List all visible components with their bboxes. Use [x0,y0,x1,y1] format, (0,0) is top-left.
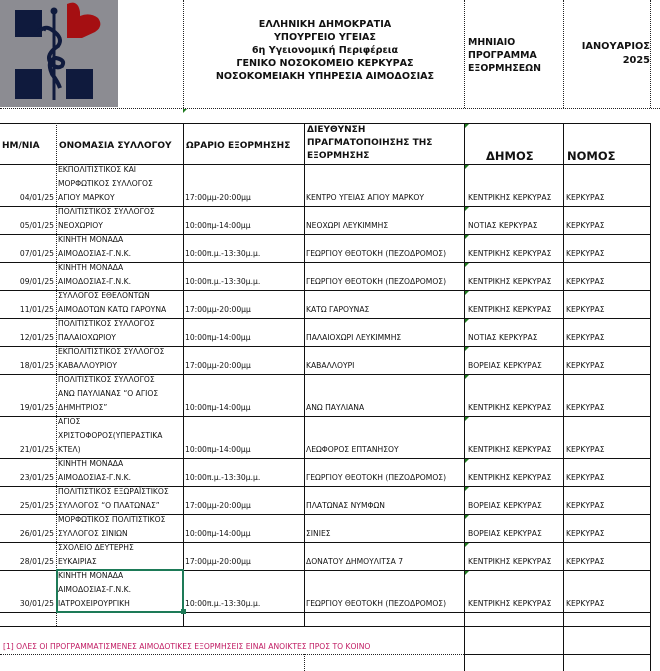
cell-municipality: ΝΟΤΙΑΣ ΚΕΡΚΥΡΑΣ [468,219,538,233]
cell-hours: 17:00μμ-20:00μμ [185,303,251,317]
grid-line [183,123,184,626]
cell-address: ΓΕΩΡΓΙΟΥ ΘΕΟΤΟΚΗ (ΠΕΖΟΔΡΟΜΟΣ) [306,597,446,611]
cell-hours: 10:00π.μ.-13:30μ.μ. [185,247,260,261]
cell-municipality: ΚΕΝΤΡΙΚΗΣ ΚΕΡΚΥΡΑΣ [468,275,551,289]
column-header-prefecture: ΝΟΜΟΣ [567,149,615,163]
cell-association: ΜΟΡΦΩΤΙΚΟΣ ΠΟΛΙΤΙΣΤΙΚΟΣ [58,513,165,527]
cell-hours: 10:00πμ-14:00μμ [185,443,251,457]
cell-association: ΠΟΛΙΤΙΣΤΙΚΟΣ ΣΥΛΛΟΓΟΣ [58,317,155,331]
cell-municipality: ΒΟΡΕΙΑΣ ΚΕΡΚΥΡΑΣ [468,499,542,513]
cell-address: ΠΑΛΑΙΟΧΩΡΙ ΛΕΥΚΙΜΜΗΣ [306,331,401,345]
grid-line [183,0,184,108]
cell-date: 28/01/25 [0,555,54,569]
cell-hours: 10:00πμ-14:00μμ [185,331,251,345]
column-header-date: ΗΜ/ΝΙΑ [2,140,40,153]
cell-municipality: ΚΕΝΤΡΙΚΗΣ ΚΕΡΚΥΡΑΣ [468,247,551,261]
cell-association: ΕΚΠΟΛΙΤΙΣΤΙΚΟΣ ΚΑΙ [58,163,136,177]
comment-marker-icon [465,571,469,575]
hospital-logo [0,0,118,107]
address-header-line: ΕΞΟΡΜΗΣΗΣ [307,150,432,163]
cell-hours: 10:00πμ-14:00μμ [185,527,251,541]
rod-of-asclepius-heart-icon [0,0,118,107]
cell-association: ΚΤΕΛ) [58,443,81,457]
cell-address: ΚΑΤΩ ΓΑΡΟΥΝΑΣ [306,303,369,317]
cell-address: ΑΝΩ ΠΑΥΛΙΑΝΑ [306,401,364,415]
cell-date: 11/01/25 [0,303,54,317]
cell-association: ΣΥΛΛΟΓΟΣ ΣΙΝΙΩΝ [58,527,128,541]
cell-prefecture: ΚΕΡΚΥΡΑΣ [566,303,605,317]
cell-hours: 17:00μμ-20:00μμ [185,555,251,569]
cell-date: 18/01/25 [0,359,54,373]
title-line-ministry: ΥΠΟΥΡΓΕΙΟ ΥΓΕΙΑΣ [185,31,465,44]
program-line: ΕΞΟΡΜΗΣΕΩΝ [468,62,564,75]
cell-address: ΓΕΩΡΓΙΟΥ ΘΕΟΤΟΚΗ (ΠΕΖΟΔΡΟΜΟΣ) [306,247,446,261]
month-year-label: ΙΑΝΟΥΑΡΙΟΣ 2025 [566,40,650,68]
cell-date: 05/01/25 [0,219,54,233]
cell-prefecture: ΚΕΡΚΥΡΑΣ [566,401,605,415]
cell-date: 23/01/25 [0,471,54,485]
cell-date: 21/01/25 [0,443,54,457]
comment-marker-icon [183,109,187,113]
address-header-line: ΔΙΕΥΘΥΝΣΗ [307,124,432,137]
cell-address: ΠΛΑΤΩΝΑΣ ΝΥΜΦΩΝ [306,499,385,513]
cell-hours: 10:00π.μ.-13:30μ.μ. [185,471,260,485]
cell-association: ΑΓΙΟΥ ΜΑΡΚΟΥ [58,191,115,205]
cell-date: 09/01/25 [0,275,54,289]
selected-cell-outline[interactable] [56,569,184,613]
column-header-municipality: ΔΗΜΟΣ [486,149,534,163]
cell-association: ΧΡΙΣΤΟΦΟΡΟΣ(ΥΠΕΡΑΣΤΙΚΑ [58,429,162,443]
cell-address: ΓΕΩΡΓΙΟΥ ΘΕΟΤΟΚΗ (ΠΕΖΟΔΡΟΜΟΣ) [306,275,446,289]
cell-association: ΑΓΙΟΣ [58,415,80,429]
grid-line [56,123,57,626]
cell-association: ΚΙΝΗΤΗ ΜΟΝΑΔΑ [58,261,123,275]
cell-date: 07/01/25 [0,247,54,261]
address-header-line: ΠΡΑΓΜΑΤΟΠΟΙΗΣΗΣ ΤΗΣ [307,137,432,150]
comment-marker-icon [465,347,469,351]
grid-line [304,123,305,626]
cell-association: ΔΗΜΗΤΡΙΟΣ” [58,401,107,415]
grid-line [650,626,651,671]
grid-line [0,416,650,417]
title-line-country: ΕΛΛΗΝΙΚΗ ΔΗΜΟΚΡΑΤΙΑ [185,18,465,31]
cell-municipality: ΚΕΝΤΡΙΚΗΣ ΚΕΡΚΥΡΑΣ [468,471,551,485]
comment-marker-icon [465,124,469,128]
cell-association: ΠΟΛΙΤΙΣΤΙΚΟΣ ΣΥΛΛΟΓΟΣ [58,205,155,219]
cell-association: ΑΙΜΟΔΟΣΙΑΣ-Γ.Ν.Κ. [58,471,131,485]
grid-line [563,123,564,626]
cell-association: ΣΧΟΛΕΙΟ ΔΕΥΤΕΡΗΣ [58,541,134,555]
cell-municipality: ΚΕΝΤΡΙΚΗΣ ΚΕΡΚΥΡΑΣ [468,303,551,317]
cell-hours: 17:00μμ-20:00μμ [185,499,251,513]
cell-municipality: ΚΕΝΤΡΙΚΗΣ ΚΕΡΚΥΡΑΣ [468,191,551,205]
cell-date: 30/01/25 [0,597,54,611]
cell-association: ΝΕΟΧΩΡΙΟΥ [58,219,103,233]
program-line: ΜΗΝΙΑΙΟ [468,36,564,49]
cell-association: ΠΟΛΙΤΙΣΤΙΚΟΣ ΕΞΩΡΑΪΣΤΙΚΟΣ [58,485,169,499]
cell-hours: 10:00πμ-14:00μμ [185,401,251,415]
comment-marker-icon [465,235,469,239]
cell-prefecture: ΚΕΡΚΥΡΑΣ [566,597,605,611]
footnote: [1] ΟΛΕΣ ΟΙ ΠΡΟΓΡΑΜΜΑΤΙΣΜΕΝΕΣ ΑΙΜΟΔΟΤΙΚΕ… [3,642,370,651]
comment-marker-icon [465,263,469,267]
cell-association: ΠΑΛΑΙΟΧΩΡΙΟΥ [58,331,116,345]
comment-marker-icon [465,417,469,421]
cell-prefecture: ΚΕΡΚΥΡΑΣ [566,247,605,261]
comment-marker-icon [465,543,469,547]
comment-marker-icon [465,207,469,211]
cell-association: ΕΥΚΑΙΡΙΑΣ [58,555,97,569]
cell-address: ΚΕΝΤΡΟ ΥΓΕΙΑΣ ΑΓΙΟΥ ΜΑΡΚΟΥ [306,191,424,205]
fill-handle[interactable] [181,609,186,614]
cell-prefecture: ΚΕΡΚΥΡΑΣ [566,555,605,569]
cell-address: ΓΕΩΡΓΙΟΥ ΘΕΟΤΟΚΗ (ΠΕΖΟΔΡΟΜΟΣ) [306,471,446,485]
cell-municipality: ΚΕΝΤΡΙΚΗΣ ΚΕΡΚΥΡΑΣ [468,597,551,611]
cell-association: ΣΥΛΛΟΓΟΣ “Ο ΠΛΑΤΩΝΑΣ” [58,499,160,513]
cell-address: ΚΑΒΑΛΛΟΥΡΙ [306,359,354,373]
comment-marker-icon [465,515,469,519]
cell-date: 25/01/25 [0,499,54,513]
cell-address: ΔΟΝΑΤΟΥ ΔΗΜΟΥΛΙΤΣΑ 7 [306,555,403,569]
comment-marker-icon [465,487,469,491]
cell-hours: 17:00μμ-20:00μμ [185,191,251,205]
comment-marker-icon [465,459,469,463]
cell-prefecture: ΚΕΡΚΥΡΑΣ [566,191,605,205]
cell-hours: 10:00π.μ.-13:30μ.μ. [185,275,260,289]
cell-date: 12/01/25 [0,331,54,345]
column-header-hours: ΩΡΑΡΙΟ ΕΞΟΡΜΗΣΗΣ [186,140,290,153]
cell-association: ΣΥΛΛΟΓΟΣ ΕΘΕΛΟΝΤΩΝ [58,289,150,303]
cell-municipality: ΚΕΝΤΡΙΚΗΣ ΚΕΡΚΥΡΑΣ [468,443,551,457]
cell-municipality: ΒΟΡΕΙΑΣ ΚΕΡΚΥΡΑΣ [468,359,542,373]
year-label: 2025 [566,54,650,68]
cell-municipality: ΝΟΤΙΑΣ ΚΕΡΚΥΡΑΣ [468,331,538,345]
cell-prefecture: ΚΕΡΚΥΡΑΣ [566,331,605,345]
column-header-address: ΔΙΕΥΘΥΝΣΗ ΠΡΑΓΜΑΤΟΠΟΙΗΣΗΣ ΤΗΣ ΕΞΟΡΜΗΣΗΣ [307,124,432,163]
grid-line [464,626,465,671]
cell-association: ΕΚΠΟΛΙΤΙΣΤΙΚΟΣ ΣΥΛΛΟΓΟΣ [58,345,164,359]
cell-address: ΛΕΩΦΟΡΟΣ ΕΠΤΑΝΗΣΟΥ [306,443,399,457]
grid-line [563,626,564,671]
comment-marker-icon [465,291,469,295]
grid-line [464,654,650,655]
cell-municipality: ΒΟΡΕΙΑΣ ΚΕΡΚΥΡΑΣ [468,527,542,541]
cell-association: ΑΝΩ ΠΑΥΛΙΑΝΑΣ “Ο ΑΓΙΟΣ [58,387,158,401]
cell-municipality: ΚΕΝΤΡΙΚΗΣ ΚΕΡΚΥΡΑΣ [468,555,551,569]
cell-association: ΚΙΝΗΤΗ ΜΟΝΑΔΑ [58,233,123,247]
comment-marker-icon [465,319,469,323]
month-label: ΙΑΝΟΥΑΡΙΟΣ [566,40,650,54]
cell-prefecture: ΚΕΡΚΥΡΑΣ [566,527,605,541]
cell-association: ΚΙΝΗΤΗ ΜΟΝΑΔΑ [58,457,123,471]
cell-date: 04/01/25 [0,191,54,205]
cell-date: 19/01/25 [0,401,54,415]
grid-line [304,654,305,671]
cell-address: ΣΙΝΙΕΣ [306,527,331,541]
cell-hours: 10:00πμ-14:00μμ [185,219,251,233]
column-header-association: ΟΝΟΜΑΣΙΑ ΣΥΛΛΟΓΟΥ [59,140,172,153]
grid-line [650,0,651,108]
cell-municipality: ΚΕΝΤΡΙΚΗΣ ΚΕΡΚΥΡΑΣ [468,401,551,415]
program-label: ΜΗΝΙΑΙΟ ΠΡΟΓΡΑΜΜΑ ΕΞΟΡΜΗΣΕΩΝ [468,36,564,75]
cell-prefecture: ΚΕΡΚΥΡΑΣ [566,219,605,233]
program-line: ΠΡΟΓΡΑΜΜΑ [468,49,564,62]
cell-association: ΚΑΒΑΛΛΟΥΡΙΟΥ [58,359,117,373]
cell-prefecture: ΚΕΡΚΥΡΑΣ [566,275,605,289]
cell-association: ΑΙΜΟΔΟΣΙΑΣ-Γ.Ν.Κ. [58,247,131,261]
comment-marker-icon [465,165,469,169]
grid-line [0,108,660,109]
grid-line [650,123,651,626]
cell-association: ΑΙΜΟΔΟΣΙΑΣ-Γ.Ν.Κ. [58,275,131,289]
grid-line [0,654,464,655]
document-title: ΕΛΛΗΝΙΚΗ ΔΗΜΟΚΡΑΤΙΑ ΥΠΟΥΡΓΕΙΟ ΥΓΕΙΑΣ 6η … [185,18,465,83]
cell-hours: 10:00π.μ.-13:30μ.μ. [185,597,260,611]
cell-address: ΝΕΟΧΩΡΙ ΛΕΥΚΙΜΜΗΣ [306,219,388,233]
cell-association: ΜΟΡΦΩΤΙΚΟΣ ΣΥΛΛΟΓΟΣ [58,177,153,191]
cell-prefecture: ΚΕΡΚΥΡΑΣ [566,443,605,457]
cell-prefecture: ΚΕΡΚΥΡΑΣ [566,359,605,373]
comment-marker-icon [465,375,469,379]
cell-association: ΑΙΜΟΔΟΤΩΝ ΚΑΤΩ ΓΑΡΟΥΝΑ [58,303,166,317]
cell-association: ΠΟΛΙΤΙΣΤΙΚΟΣ ΣΥΛΛΟΓΟΣ [58,373,155,387]
cell-hours: 17:00μμ-20:00μμ [185,359,251,373]
cell-prefecture: ΚΕΡΚΥΡΑΣ [566,499,605,513]
title-line-hospital: ΓΕΝΙΚΟ ΝΟΣΟΚΟΜΕΙΟ ΚΕΡΚΥΡΑΣ [185,57,465,70]
title-line-region: 6η Υγειονομική Περιφέρεια [185,44,465,57]
title-line-service: ΝΟΣΟΚΟΜΕΙΑΚΗ ΥΠΗΡΕΣΙΑ ΑΙΜΟΔΟΣΙΑΣ [185,70,465,83]
grid-line [0,626,650,627]
cell-date: 26/01/25 [0,527,54,541]
cell-prefecture: ΚΕΡΚΥΡΑΣ [566,471,605,485]
